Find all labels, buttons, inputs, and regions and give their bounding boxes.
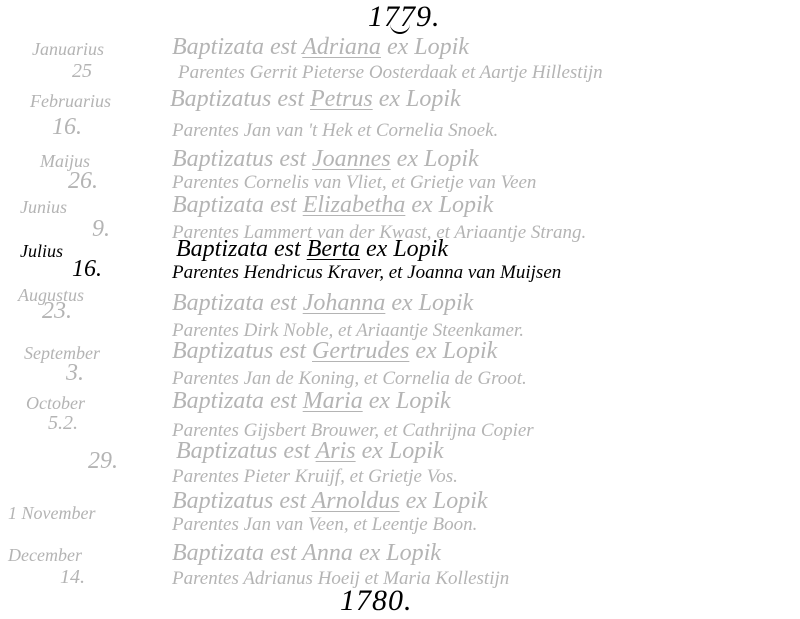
parents-names: Pieter Kruijf, et Grietje Vos. (244, 466, 458, 487)
parents-word: Parentes (172, 262, 239, 283)
child-name: Gertrudes (312, 338, 409, 364)
place: ex Lopik (387, 34, 469, 60)
entry-day: 16. (52, 116, 82, 138)
place: ex Lopik (379, 86, 461, 112)
est-word: est (270, 388, 297, 414)
est-word: est (274, 236, 301, 262)
est-word: est (270, 34, 297, 60)
baptism-word: Baptizatus (172, 146, 273, 172)
entry-month: Januarius (32, 38, 104, 60)
est-word: est (279, 338, 306, 364)
child-name: Arnoldus (312, 488, 400, 514)
entry-baptism-line: Baptizatus est Gertrudes ex Lopik (172, 340, 497, 362)
baptism-word: Baptizata (172, 388, 264, 414)
baptism-word: Baptizatus (176, 438, 277, 464)
child-name: Adriana (302, 34, 381, 60)
entry-month-highlighted: Julius (20, 240, 63, 262)
parents-word: Parentes (172, 172, 239, 193)
entry-day: 5.2. (48, 412, 78, 434)
est-word: est (279, 146, 306, 172)
entry-parents-line: Parentes Jan van 't Hek et Cornelia Snoe… (172, 120, 498, 142)
entry-baptism-line: Baptizata est Anna ex Lopik (172, 542, 441, 564)
est-word: est (270, 540, 297, 566)
est-word: est (277, 86, 304, 112)
place: ex Lopik (406, 488, 488, 514)
entry-baptism-line: Baptizata est Adriana ex Lopik (172, 36, 469, 58)
parents-word: Parentes (172, 368, 239, 389)
child-name: Joannes (312, 146, 391, 172)
entry-day: 9. (92, 218, 110, 240)
baptism-word: Baptizatus (172, 338, 273, 364)
entry-month: October (26, 392, 85, 414)
year-heading-top: 1779. (368, 0, 441, 34)
entry-baptism-line: Baptizatus est Aris ex Lopik (176, 440, 444, 462)
entry-month: Junius (20, 196, 67, 218)
entry-day: 3. (66, 362, 84, 384)
place: ex Lopik (397, 146, 479, 172)
entry-day: 23. (42, 300, 72, 322)
est-word: est (283, 438, 310, 464)
entry-month: December (8, 544, 82, 566)
parents-names: Jan van Veen, et Leentje Boon. (244, 514, 478, 535)
parents-names: Gerrit Pieterse Oosterdaak et Aartje Hil… (250, 62, 603, 83)
parents-word: Parentes (172, 568, 239, 589)
place: ex Lopik (369, 388, 451, 414)
est-word: est (279, 488, 306, 514)
baptism-word: Baptizata (176, 236, 268, 262)
entry-day-highlighted: 16. (72, 258, 102, 280)
child-name: Petrus (310, 86, 373, 112)
place: ex Lopik (415, 338, 497, 364)
est-word: est (270, 192, 297, 218)
entry-month: Februarius (30, 90, 111, 112)
entry-parents-line-highlighted: Parentes Hendricus Kraver, et Joanna van… (172, 262, 561, 284)
entry-parents-line: Parentes Gerrit Pieterse Oosterdaak et A… (178, 62, 603, 84)
place: ex Lopik (411, 192, 493, 218)
child-name: Berta (307, 236, 360, 262)
entry-parents-line: Parentes Cornelis van Vliet, et Grietje … (172, 172, 536, 194)
parents-word: Parentes (178, 62, 245, 83)
parents-names: Cornelis van Vliet, et Grietje van Veen (244, 172, 537, 193)
entry-baptism-line: Baptizatus est Arnoldus ex Lopik (172, 490, 488, 512)
child-name: Johanna (303, 290, 386, 316)
entry-baptism-line: Baptizata est Elizabetha ex Lopik (172, 194, 493, 216)
register-page: 1779. Januarius Baptizata est Adriana ex… (0, 0, 800, 619)
baptism-word: Baptizata (172, 290, 264, 316)
parents-word: Parentes (172, 466, 239, 487)
baptism-word: Baptizata (172, 540, 264, 566)
parents-word: Parentes (172, 514, 239, 535)
entry-day: 14. (60, 566, 85, 588)
entry-baptism-line: Baptizatus est Petrus ex Lopik (170, 88, 461, 110)
place: ex Lopik (391, 290, 473, 316)
parents-names: Hendricus Kraver, et Joanna van Muijsen (244, 262, 562, 283)
child-name: Elizabetha (303, 192, 406, 218)
baptism-word: Baptizatus (172, 488, 273, 514)
entry-baptism-line: Baptizata est Maria ex Lopik (172, 390, 451, 412)
entry-baptism-line-highlighted: Baptizata est Berta ex Lopik (176, 238, 448, 260)
child-name: Aris (316, 438, 356, 464)
child-name: Maria (303, 388, 363, 414)
place: ex Lopik (362, 438, 444, 464)
entry-parents-line: Parentes Pieter Kruijf, et Grietje Vos. (172, 466, 458, 488)
entry-day: 26. (68, 170, 98, 192)
entry-month: September (24, 342, 100, 364)
parents-names: Jan van 't Hek et Cornelia Snoek. (244, 120, 499, 141)
child-name: Anna (302, 540, 353, 566)
entry-baptism-line: Baptizata est Johanna ex Lopik (172, 292, 473, 314)
place: ex Lopik (366, 236, 448, 262)
place: ex Lopik (359, 540, 441, 566)
year-heading-bottom: 1780. (340, 584, 413, 618)
baptism-word: Baptizatus (170, 86, 271, 112)
entry-month: 1 November (8, 502, 95, 524)
baptism-word: Baptizata (172, 34, 264, 60)
entry-baptism-line: Baptizatus est Joannes ex Lopik (172, 148, 479, 170)
entry-parents-line: Parentes Jan de Koning, et Cornelia de G… (172, 368, 527, 390)
entry-day: 25 (72, 60, 92, 82)
entry-parents-line: Parentes Jan van Veen, et Leentje Boon. (172, 514, 477, 536)
est-word: est (270, 290, 297, 316)
baptism-word: Baptizata (172, 192, 264, 218)
parents-names: Jan de Koning, et Cornelia de Groot. (244, 368, 527, 389)
entry-day: 29. (88, 450, 118, 472)
parents-word: Parentes (172, 120, 239, 141)
